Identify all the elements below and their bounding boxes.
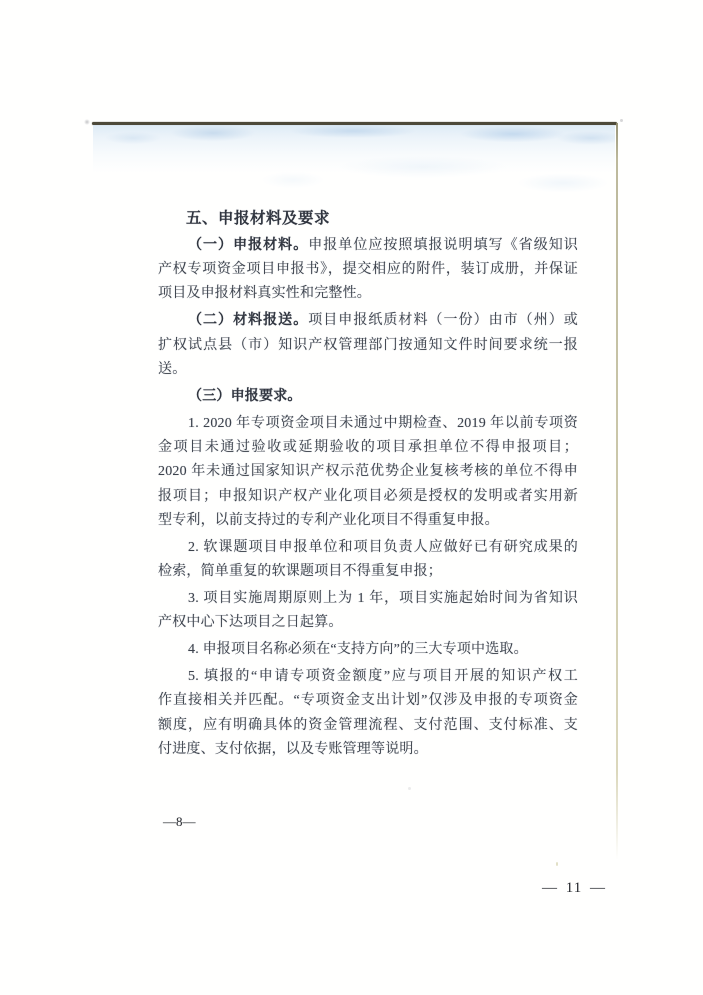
doc-text: 作直接相关并匹配。“专项资金支出计划”仅涉及申报的专项资金 [158,693,578,708]
doc-line: （二）材料报送。项目申报纸质材料（一份）由市（州）或 [158,309,578,333]
doc-text: 检索，简单重复的软课题项目不得重复申报； [158,564,442,579]
paragraph: 2. 软课题项目申报单位和项目负责人应做好已有研究成果的检索，简单重复的软课题项… [158,536,578,585]
doc-line: 型专利，以前支持过的专利产业化项目不得重复申报。 [158,509,578,533]
doc-line: 金项目未通过验收或延期验收的项目承担单位不得申报项目； [158,436,578,460]
doc-line: （一）申报材料。申报单位应按照填报说明填写《省级知识 [158,234,578,258]
doc-text: 型专利，以前支持过的专利产业化项目不得重复申报。 [158,513,499,528]
doc-text: 额度，应有明确具体的资金管理流程、支付范围、支付标准、支 [158,718,578,733]
doc-line: 项目及申报材料真实性和完整性。 [158,282,578,306]
doc-line: 产权专项资金项目申报书》，提交相应的附件，装订成册，并保证 [158,258,578,282]
ink-bleed-band [93,125,615,200]
doc-text: 付进度、支付依据，以及专账管理等说明。 [158,742,428,757]
doc-text: 3. 项目实施周期原则上为 1 年，项目实施起始时间为省知识 [188,591,578,606]
scanned-page: 五、申报材料及要求 （一）申报材料。申报单位应按照填报说明填写《省级知识产权专项… [0,0,703,995]
doc-text: 申报单位应按照填报说明填写《省级知识 [308,238,578,253]
scan-speckle [84,119,90,125]
doc-line: （三）申报要求。 [158,385,578,409]
scan-speckle [620,119,623,122]
inner-page-number: —8— [163,814,196,830]
document-body: 五、申报材料及要求 （一）申报材料。申报单位应按照填报说明填写《省级知识产权专项… [158,207,578,765]
paragraph: 3. 项目实施周期原则上为 1 年，项目实施起始时间为省知识产权中心下达项目之日… [158,587,578,636]
doc-line: 付进度、支付依据，以及专账管理等说明。 [158,738,578,762]
paragraph: （一）申报材料。申报单位应按照填报说明填写《省级知识产权专项资金项目申报书》，提… [158,234,578,307]
doc-text: 项目申报纸质材料（一份）由市（州）或 [308,313,578,328]
doc-text: 4. 申报项目名称必须在“支持方向”的三大专项中选取。 [188,642,528,657]
page-border-top [92,122,617,125]
doc-text: 送。 [158,362,186,377]
doc-text: 扩权试点县（市）知识产权管理部门按通知文件时间要求统一报 [158,338,578,353]
doc-line: 产权中心下达项目之日起算。 [158,611,578,635]
doc-line: 1. 2020 年专项资金项目未通过中期检查、2019 年以前专项资 [158,412,578,436]
doc-text: 项目及申报材料真实性和完整性。 [158,286,371,301]
doc-line: 3. 项目实施周期原则上为 1 年，项目实施起始时间为省知识 [158,587,578,611]
doc-line: 2020 年未通过国家知识产权示范优势企业复核考核的单位不得申 [158,460,578,484]
doc-line: 报项目；申报知识产权产业化项目必须是授权的发明或者实用新 [158,485,578,509]
doc-text: 2020 年未通过国家知识产权示范优势企业复核考核的单位不得申 [158,464,578,479]
scan-speckle [408,787,411,790]
paragraph: 1. 2020 年专项资金项目未通过中期检查、2019 年以前专项资金项目未通过… [158,412,578,533]
doc-text: 5. 填报的“申请专项资金额度”应与项目开展的知识产权工 [188,669,578,684]
outer-page-number: — 11 — [542,880,606,897]
section-heading: 五、申报材料及要求 [158,207,578,231]
doc-line: 额度，应有明确具体的资金管理流程、支付范围、支付标准、支 [158,714,578,738]
document-paragraphs: （一）申报材料。申报单位应按照填报说明填写《省级知识产权专项资金项目申报书》，提… [158,234,578,762]
doc-text: 报项目；申报知识产权产业化项目必须是授权的发明或者实用新 [158,489,578,504]
doc-line: 作直接相关并匹配。“专项资金支出计划”仅涉及申报的专项资金 [158,689,578,713]
doc-text-bold: （一）申报材料。 [188,238,308,253]
doc-text: 产权专项资金项目申报书》，提交相应的附件，装订成册，并保证 [158,262,578,277]
doc-text: 产权中心下达项目之日起算。 [158,615,343,630]
doc-text: 1. 2020 年专项资金项目未通过中期检查、2019 年以前专项资 [188,416,578,431]
paragraph: 5. 填报的“申请专项资金额度”应与项目开展的知识产权工作直接相关并匹配。“专项… [158,665,578,762]
doc-line: 5. 填报的“申请专项资金额度”应与项目开展的知识产权工 [158,665,578,689]
doc-line: 扩权试点县（市）知识产权管理部门按通知文件时间要求统一报 [158,334,578,358]
page-border-right [616,123,618,860]
doc-text: 金项目未通过验收或延期验收的项目承担单位不得申报项目； [158,440,578,455]
scan-speckle [556,862,558,866]
doc-text: 2. 软课题项目申报单位和项目负责人应做好已有研究成果的 [188,540,578,555]
paragraph: 4. 申报项目名称必须在“支持方向”的三大专项中选取。 [158,638,578,662]
doc-line: 检索，简单重复的软课题项目不得重复申报； [158,560,578,584]
doc-text-bold: （二）材料报送。 [188,313,308,328]
doc-line: 2. 软课题项目申报单位和项目负责人应做好已有研究成果的 [158,536,578,560]
doc-text-bold: （三）申报要求。 [188,389,302,404]
paragraph: （二）材料报送。项目申报纸质材料（一份）由市（州）或扩权试点县（市）知识产权管理… [158,309,578,382]
paragraph: （三）申报要求。 [158,385,578,409]
doc-line: 送。 [158,358,578,382]
doc-line: 4. 申报项目名称必须在“支持方向”的三大专项中选取。 [158,638,578,662]
